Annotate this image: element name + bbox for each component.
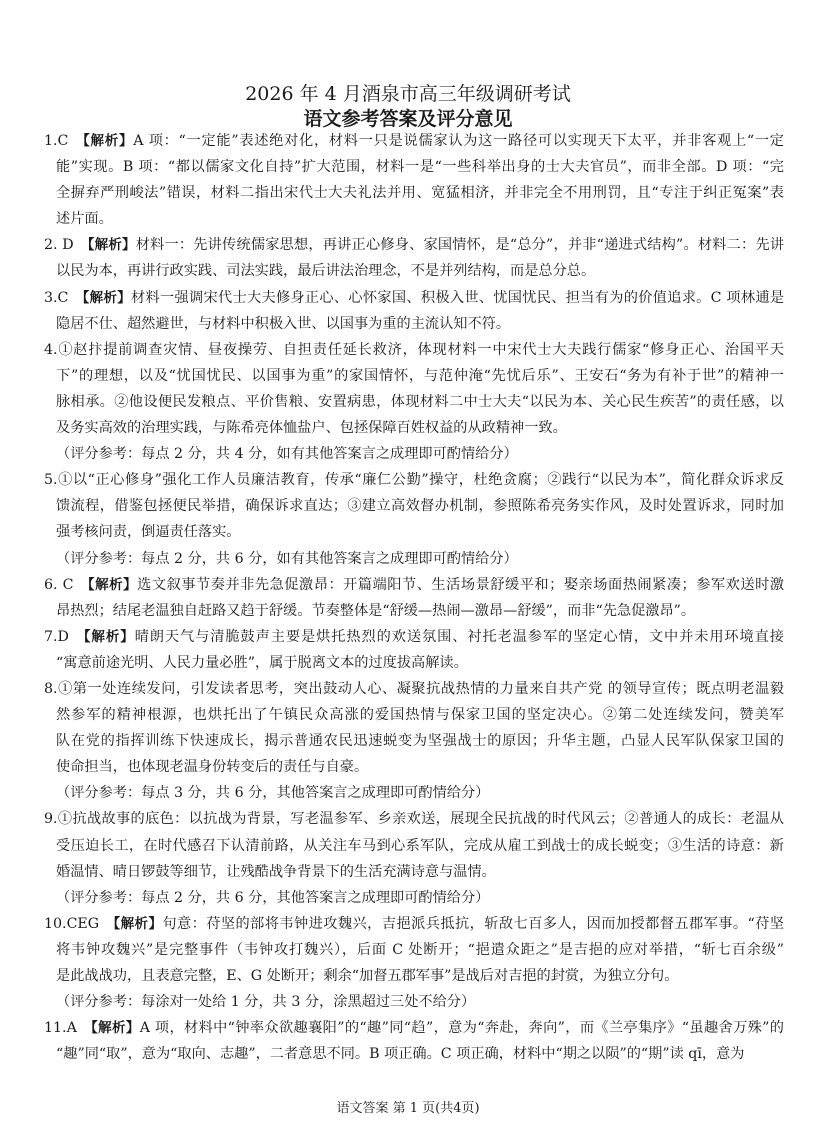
analysis-tag: 【解析】 [76,133,134,149]
answer-text: 材料一：先讲传统儒家思想，再讲正心修身、家国情怀，是“总分”，并非“递进式结构”… [136,237,784,253]
answer-line: 全摒弃严刑峻法”错误，材料二指出宋代士大夫礼法并用、宽猛相济，并非完全不用刑罚，… [44,180,784,206]
answer-line: 强考核问责，倒逼责任落实。 [44,519,784,545]
answer-first-line: 3.C 【解析】材料一强调宋代士大夫修身正心、心怀家国、积极入世、忧国忧民、担当… [44,285,784,311]
question-number: 8. [44,681,58,697]
answer-text: 材料一强调宋代士大夫修身正心、心怀家国、积极入世、忧国忧民、担当有为的价值追求。… [131,290,784,306]
answer-first-line: 9.①抗战故事的底色：以抗战为背景，写老温参军、乡亲欢送，展现全民抗战的时代风云… [44,806,784,832]
answer-line: 能”实现。B 项：“都以儒家文化自持”扩大范围，材料一是“一些科举出身的士大夫官… [44,154,784,180]
answer-text: 受压迫长工，在时代感召下认清前路，从关注车马到心系军队，完成从雇工到战士的成长蜕… [56,838,784,854]
analysis-tag: 【解析】 [81,237,136,253]
question-number: 4. [44,342,58,358]
question-number: 9. [44,811,58,827]
answer-text: ①以“正心修身”强化工作人员廉洁教育，传承“廉仁公勤”操守，杜绝贪腐；②践行“以… [58,472,784,488]
answer-text: 下”的理想，以及“忧国忧民、以国事为重”的家国情怀，与范仲淹“先忧后乐”、王安石… [56,368,784,384]
scoring-note: （评分参考：每点 2 分，共 6 分，如有其他答案言之成理即可酌情给分） [44,546,784,572]
scoring-note: （评分参考：每点 2 分，共 4 分，如有其他答案言之成理即可酌情给分） [44,441,784,467]
scoring-note: （评分参考：每点 2 分，共 6 分，其他答案言之成理即可酌情给分） [44,885,784,911]
answer-first-line: 7.D 【解析】晴朗天气与清脆鼓声主要是烘托热烈的欢送氛围、衬托老温参军的坚定心… [44,624,784,650]
scoring-note: （评分参考：每涂对一处给 1 分，共 3 分，涂黑超过三处不给分） [44,989,784,1015]
answer-text: 脉相承。②他设便民发粮点、平价售粮、安置病患，体现材料二中士大夫“以民为本、关心… [56,394,784,410]
answer-item: 3.C 【解析】材料一强调宋代士大夫修身正心、心怀家国、积极入世、忧国忧民、担当… [44,285,784,337]
analysis-tag: 【解析】 [84,1020,140,1036]
answer-text: ①第一处连续发问，引发读者思考，突出鼓动人心、凝聚抗战热情的力量来自共产党 的领… [58,681,784,697]
answer-body: 1.C 【解析】A 项：“一定能”表述绝对化，材料一只是说儒家认为这一路径可以实… [44,128,784,1067]
answer-line: 馈流程，借鉴包拯便民举措，确保诉求直达；③建立高效督办机制，参照陈希亮务实作风，… [44,493,784,519]
page-footer: 语文答案 第 1 页(共4页) [0,1097,816,1116]
answer-item: 4.①赵抃提前调查灾情、昼夜操劳、自担责任延长救济，体现材料一中宋代士大夫践行儒… [44,337,784,467]
document-subtitle: 语文参考答案及评分意见 [0,104,816,131]
answer-first-line: 1.C 【解析】A 项：“一定能”表述绝对化，材料一只是说儒家认为这一路径可以实… [44,128,784,154]
analysis-tag: 【解析】 [76,629,135,645]
analysis-tag: 【解析】 [76,290,132,306]
answer-item: 7.D 【解析】晴朗天气与清脆鼓声主要是烘托热烈的欢送氛围、衬托老温参军的坚定心… [44,624,784,676]
answer-line: 然参军的精神根源，也烘托出了午镇民众高涨的爱国热情与保家卫国的坚定决心。②第二处… [44,702,784,728]
answer-first-line: 11.A 【解析】A 项，材料中“钟率众欲趣襄阳”的“趣”同“趋”，意为“奔赴，… [44,1015,784,1041]
answer-text: 能”实现。B 项：“都以儒家文化自持”扩大范围，材料一是“一些科举出身的士大夫官… [56,159,784,175]
answer-line: 述片面。 [44,206,784,232]
answer-item: 1.C 【解析】A 项：“一定能”表述绝对化，材料一只是说儒家认为这一路径可以实… [44,128,784,232]
answer-item: 2. D 【解析】材料一：先讲传统儒家思想，再讲正心修身、家国情怀，是“总分”，… [44,232,784,284]
answer-item: 9.①抗战故事的底色：以抗战为背景，写老温参军、乡亲欢送，展现全民抗战的时代风云… [44,806,784,910]
answer-text: 以民为本，再讲行政实践、司法实践，最后讲法治理念，不是并列结构，而是总分总。 [56,263,595,279]
answer-item: 8.①第一处连续发问，引发读者思考，突出鼓动人心、凝聚抗战热情的力量来自共产党 … [44,676,784,806]
answer-line: 使命担当，也体现老温身份转变后的责任与自豪。 [44,754,784,780]
answer-text: A 项：“一定能”表述绝对化，材料一只是说儒家认为这一路径可以实现天下太平，并非… [133,133,784,149]
question-number: 3.C [44,290,68,306]
answer-line: 队在党的指挥训练下快速成长，揭示普通农民迅速蜕变为坚强战士的原因；升华主题，凸显… [44,728,784,754]
question-number: 2. D [44,237,74,253]
answer-first-line: 10.CEG 【解析】句意：苻坚的部将韦钟进攻魏兴，吉挹派兵抵抗，斩敌七百多人，… [44,911,784,937]
question-number: 11.A [44,1020,77,1036]
question-number: 5. [44,472,58,488]
answer-text: 馈流程，借鉴包拯便民举措，确保诉求直达；③建立高效督办机制，参照陈希亮务实作风，… [56,498,784,514]
answer-text: 隐居不仕、超然避世，与材料中积极入世、以国事为重的主流认知不符。 [56,316,510,332]
answer-text: 晴朗天气与清脆鼓声主要是烘托热烈的欢送氛围、衬托老温参军的坚定心情，文中并未用环… [135,629,784,645]
answer-text: “寓意前途光明、人民力量必胜”，属于脱离文本的过度拔高解读。 [56,655,468,671]
answer-line: “寓意前途光明、人民力量必胜”，属于脱离文本的过度拔高解读。 [44,650,784,676]
answer-line: 脉相承。②他设便民发粮点、平价售粮、安置病患，体现材料二中士大夫“以民为本、关心… [44,389,784,415]
analysis-tag: 【解析】 [106,916,162,932]
answer-text: 句意：苻坚的部将韦钟进攻魏兴，吉挹派兵抵抗，斩敌七百多人，因而加授都督五郡军事。… [162,916,784,932]
answer-line: 受压迫长工，在时代感召下认清前路，从关注车马到心系军队，完成从雇工到战士的成长蜕… [44,833,784,859]
answer-text: A 项，材料中“钟率众欲趣襄阳”的“趣”同“趋”，意为“奔赴，奔向”，而《兰亭集… [140,1020,784,1036]
answer-item: 11.A 【解析】A 项，材料中“钟率众欲趣襄阳”的“趣”同“趋”，意为“奔赴，… [44,1015,784,1067]
answer-first-line: 8.①第一处连续发问，引发读者思考，突出鼓动人心、凝聚抗战热情的力量来自共产党 … [44,676,784,702]
question-number: 7.D [44,629,69,645]
answer-text: 使命担当，也体现老温身份转变后的责任与自豪。 [56,759,368,775]
answer-line: 是此战战功，且表意完整，E、G 处断开；剩余“加督五郡军事”是战后对吉挹的封赏，… [44,963,784,989]
answer-text: 及务实高效的治理实践，与陈希亮体恤盐户、包拯保障百姓权益的从政精神一致。 [56,420,567,436]
analysis-tag: 【解析】 [81,577,138,593]
answer-item: 6. C 【解析】选文叙事节奏并非先急促激昂：开篇端阳节、生活场景舒缓平和；娶亲… [44,572,784,624]
answer-text: ①抗战故事的底色：以抗战为背景，写老温参军、乡亲欢送，展现全民抗战的时代风云；②… [58,811,784,827]
answer-line: 婚温情、晴日锣鼓等细节，让残酷战争背景下的生活充满诗意与温情。 [44,859,784,885]
answer-line: 及务实高效的治理实践，与陈希亮体恤盐户、包拯保障百姓权益的从政精神一致。 [44,415,784,441]
answer-line: 下”的理想，以及“忧国忧民、以国事为重”的家国情怀，与范仲淹“先忧后乐”、王安石… [44,363,784,389]
answer-text: ①赵抃提前调查灾情、昼夜操劳、自担责任延长救济，体现材料一中宋代士大夫践行儒家“… [58,342,784,358]
question-number: 6. C [44,577,73,593]
answer-text: 述片面。 [56,211,113,227]
answer-line: 昂热烈；结尾老温独自赶路又趋于舒缓。节奏整体是“舒缓—热闹—激昂—舒缓”，而非“… [44,598,784,624]
answer-text: 是此战战功，且表意完整，E、G 处断开；剩余“加督五郡军事”是战后对吉挹的封赏，… [56,968,678,984]
answer-text: 将韦钟攻魏兴”是完整事件（韦钟攻打魏兴），后面 C 处断开；“挹遣众距之”是吉挹… [56,942,784,958]
answer-first-line: 5.①以“正心修身”强化工作人员廉洁教育，传承“廉仁公勤”操守，杜绝贪腐；②践行… [44,467,784,493]
question-number: 1.C [44,133,68,149]
answer-item: 5.①以“正心修身”强化工作人员廉洁教育，传承“廉仁公勤”操守，杜绝贪腐；②践行… [44,467,784,571]
answer-line: “趣”同“取”，意为“取向、志趣”，二者意思不同。B 项正确。C 项正确，材料中… [44,1041,784,1067]
answer-first-line: 2. D 【解析】材料一：先讲传统儒家思想，再讲正心修身、家国情怀，是“总分”，… [44,232,784,258]
answer-first-line: 6. C 【解析】选文叙事节奏并非先急促激昂：开篇端阳节、生活场景舒缓平和；娶亲… [44,572,784,598]
answer-text: 选文叙事节奏并非先急促激昂：开篇端阳节、生活场景舒缓平和；娶亲场面热闹紧凑；参军… [137,577,784,593]
scoring-note: （评分参考：每点 3 分，共 6 分，其他答案言之成理即可酌情给分） [44,780,784,806]
answer-text: “趣”同“取”，意为“取向、志趣”，二者意思不同。B 项正确。C 项正确，材料中… [56,1046,744,1062]
answer-item: 10.CEG 【解析】句意：苻坚的部将韦钟进攻魏兴，吉挹派兵抵抗，斩敌七百多人，… [44,911,784,1015]
exam-title: 2026 年 4 月酒泉市高三年级调研考试 [0,79,816,106]
answer-text: 然参军的精神根源，也烘托出了午镇民众高涨的爱国热情与保家卫国的坚定决心。②第二处… [56,707,784,723]
answer-first-line: 4.①赵抃提前调查灾情、昼夜操劳、自担责任延长救济，体现材料一中宋代士大夫践行儒… [44,337,784,363]
answer-text: 队在党的指挥训练下快速成长，揭示普通农民迅速蜕变为坚强战士的原因；升华主题，凸显… [56,733,784,749]
answer-text: 婚温情、晴日锣鼓等细节，让残酷战争背景下的生活充满诗意与温情。 [56,864,496,880]
answer-text: 昂热烈；结尾老温独自赶路又趋于舒缓。节奏整体是“舒缓—热闹—激昂—舒缓”，而非“… [56,603,695,619]
answer-text: 全摒弃严刑峻法”错误，材料二指出宋代士大夫礼法并用、宽猛相济，并非完全不用刑罚，… [56,185,784,201]
answer-text: 强考核问责，倒逼责任落实。 [56,524,240,540]
answer-line: 隐居不仕、超然避世，与材料中积极入世、以国事为重的主流认知不符。 [44,311,784,337]
question-number: 10.CEG [44,916,99,932]
answer-line: 以民为本，再讲行政实践、司法实践，最后讲法治理念，不是并列结构，而是总分总。 [44,258,784,284]
answer-line: 将韦钟攻魏兴”是完整事件（韦钟攻打魏兴），后面 C 处断开；“挹遣众距之”是吉挹… [44,937,784,963]
